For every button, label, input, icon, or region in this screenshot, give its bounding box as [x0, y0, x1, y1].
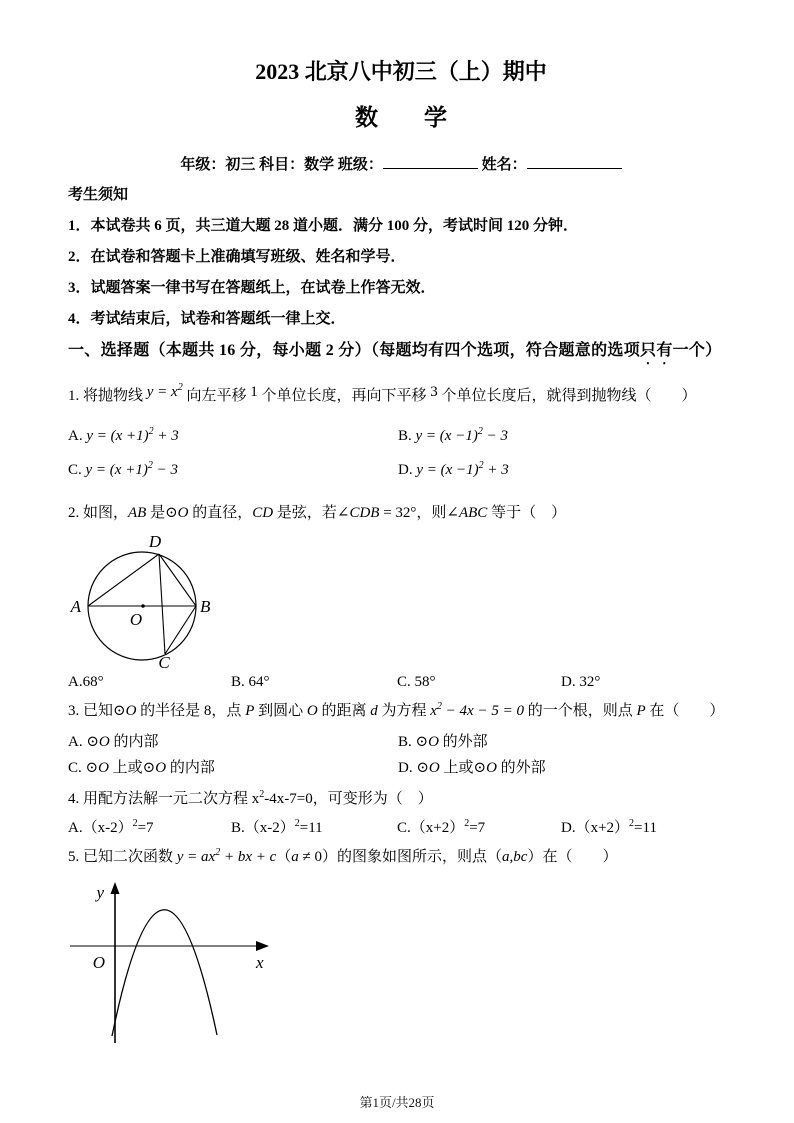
segment-ad: [88, 554, 159, 606]
q1-option-a: A. y = (x +1)2 + 3: [68, 419, 398, 453]
notice-item-2: 2．在试卷和答题卡上准确填写班级、姓名和学号．: [68, 247, 734, 267]
chord-dc: [159, 554, 165, 654]
q4-option-b: B.（x-2）2=11: [231, 818, 397, 838]
page-number: 第1页/共28页: [0, 1092, 794, 1111]
segment-db: [159, 554, 196, 606]
question-5-stem: 5. 已知二次函数 y = ax2 + bx + c（a ≠ 0）的图象如图所示…: [68, 846, 734, 868]
notice-heading: 考生须知: [68, 185, 734, 205]
student-info-line: 年级：初三 科目：数学 班级： 姓名：: [68, 154, 734, 176]
x-axis-arrow: [256, 941, 269, 951]
parabola-figure: y O x: [60, 878, 320, 1048]
q3-option-b: B. ⊙O 的外部: [398, 729, 734, 755]
point-label-c: C: [158, 653, 170, 670]
q1-option-d: D. y = (x −1)2 + 3: [398, 453, 734, 487]
parabola-curve: [112, 910, 217, 1036]
q3-option-a: A. ⊙O 的内部: [68, 729, 398, 755]
question-2-options: A.68° B. 64° C. 58° D. 32°: [68, 672, 734, 692]
q2-option-d: D. 32°: [561, 672, 734, 692]
segment-bc: [165, 606, 196, 654]
section-1-heading: 一、选择题（本题共 16 分，每小题 2 分）（每题均有四个选项，符合题意的选项…: [68, 341, 734, 368]
question-1-options: A. y = (x +1)2 + 3 B. y = (x −1)2 − 3 C.…: [68, 419, 734, 487]
notice-item-4: 4．考试结束后，试卷和答题纸一律上交．: [68, 309, 734, 329]
axis-label-y: y: [94, 883, 104, 902]
q2-option-a: A.68°: [68, 672, 231, 692]
q1-option-c: C. y = (x +1)2 − 3: [68, 453, 398, 487]
center-label-o: O: [130, 610, 142, 629]
notice-item-3: 3．试题答案一律书写在答题纸上，在试卷上作答无效．: [68, 278, 734, 298]
question-4-stem: 4. 用配方法解一元二次方程 x2-4x-7=0，可变形为（ ）: [68, 788, 734, 810]
origin-label-o: O: [93, 953, 105, 972]
q2-option-b: B. 64°: [231, 672, 397, 692]
q3-option-c: C. ⊙O 上或⊙O 的内部: [68, 755, 398, 781]
page-title: 2023 北京八中初三（上）期中: [68, 58, 734, 86]
question-2-stem: 2. 如图，AB 是⊙O 的直径，CD 是弦，若∠CDB = 32°，则∠ABC…: [68, 502, 734, 524]
q2-option-c: C. 58°: [397, 672, 561, 692]
question-3-options: A. ⊙O 的内部 B. ⊙O 的外部 C. ⊙O 上或⊙O 的内部 D. ⊙O…: [68, 729, 734, 781]
exam-page: 2023 北京八中初三（上）期中 数 学 年级：初三 科目：数学 班级： 姓名：…: [0, 0, 794, 1123]
axis-label-x: x: [255, 953, 264, 972]
q4-option-d: D.（x+2）2=11: [561, 818, 734, 838]
q1-option-b: B. y = (x −1)2 − 3: [398, 419, 734, 453]
y-axis-arrow: [111, 882, 120, 894]
question-4-options: A.（x-2）2=7 B.（x-2）2=11 C.（x+2）2=7 D.（x+2…: [68, 818, 734, 838]
question-3-stem: 3. 已知⊙O 的半径是 8，点 P 到圆心 O 的距离 d 为方程 x2 − …: [68, 700, 734, 722]
q3-option-d: D. ⊙O 上或⊙O 的外部: [398, 755, 734, 781]
q4-option-c: C.（x+2）2=7: [397, 818, 561, 838]
notice-item-1: 1．本试卷共 6 页，共三道大题 28 道小题．满分 100 分，考试时间 12…: [68, 216, 734, 236]
q4-option-a: A.（x-2）2=7: [68, 818, 231, 838]
point-label-d: D: [148, 532, 162, 551]
point-label-b: B: [200, 597, 211, 616]
point-label-a: A: [70, 597, 82, 616]
question-1-stem: 1. 将抛物线 y = x2 向左平移 1 个单位长度，再向下平移 3 个单位长…: [68, 385, 734, 407]
circle-figure: D A B O C: [43, 530, 223, 670]
subject-title: 数 学: [68, 104, 734, 132]
